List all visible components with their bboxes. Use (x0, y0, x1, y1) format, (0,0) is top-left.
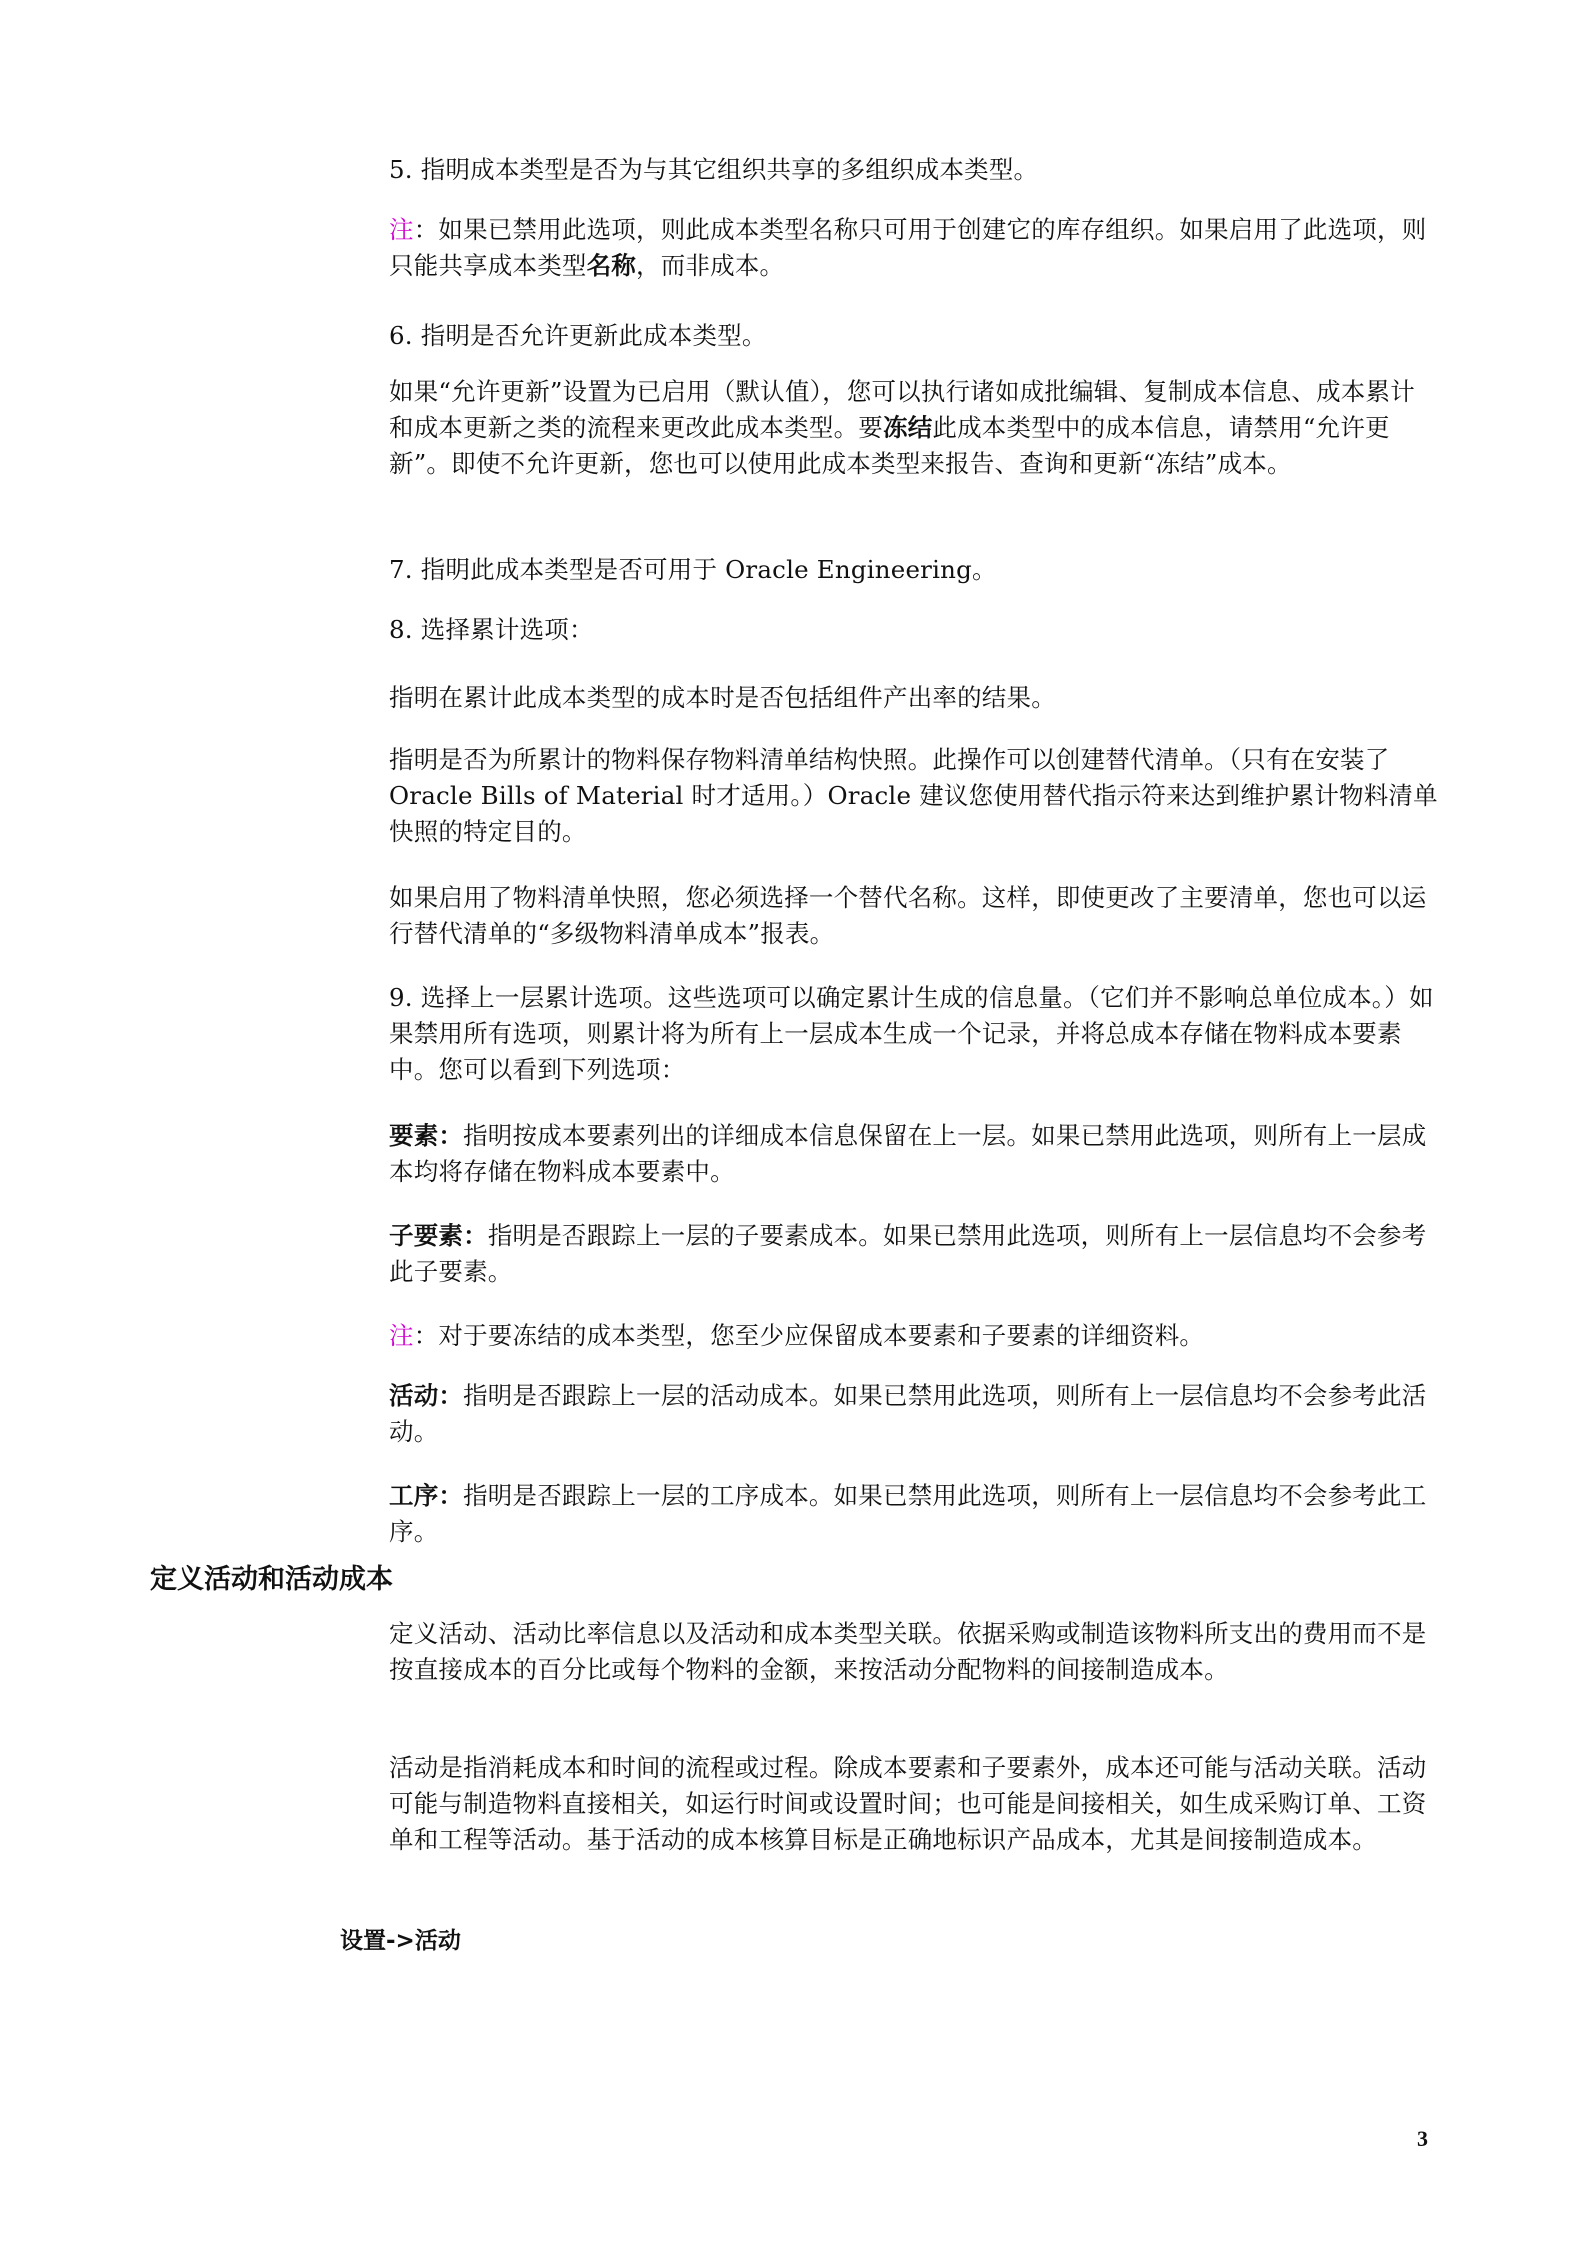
option-element-label: 要素 (389, 1121, 438, 1150)
allow-update-paragraph: 如果“允许更新”设置为已启用（默认值），您可以执行诸如成批编辑、复制成本信息、成… (389, 374, 1439, 482)
note-text-after: ，而非成本。 (636, 251, 784, 280)
note-text: 如果已禁用此选项，则此成本类型名称只可用于创建它的库存组织。如果启用了此选项，则… (389, 215, 1426, 280)
snapshot-text: 指明是否为所累计的物料保存物料清单结构快照。此操作可以创建替代清单。（只有在安装… (389, 742, 1439, 850)
step-6-text: 6. 指明是否允许更新此成本类型。 (389, 318, 1439, 354)
step-9-text: 9. 选择上一层累计选项。这些选项可以确定累计生成的信息量。（它们并不影响总单位… (389, 980, 1439, 1088)
step-6: 6. 指明是否允许更新此成本类型。 (389, 318, 1439, 354)
option-subelement: 子要素：指明是否跟踪上一层的子要素成本。如果已禁用此选项，则所有上一层信息均不会… (389, 1218, 1439, 1290)
option-element-text: 指明按成本要素列出的详细成本信息保留在上一层。如果已禁用此选项，则所有上一层成本… (389, 1121, 1426, 1186)
option-subelement-text: 指明是否跟踪上一层的子要素成本。如果已禁用此选项，则所有上一层信息均不会参考此子… (389, 1221, 1426, 1286)
yield-text: 指明在累计此成本类型的成本时是否包括组件产出率的结果。 (389, 680, 1439, 716)
alternate-text: 如果启用了物料清单快照，您必须选择一个替代名称。这样，即使更改了主要清单，您也可… (389, 880, 1439, 952)
note-label: 注 (389, 215, 414, 244)
option-operation-text: 指明是否跟踪上一层的工序成本。如果已禁用此选项，则所有上一层信息均不会参考此工序… (389, 1481, 1426, 1546)
snapshot-paragraph: 指明是否为所累计的物料保存物料清单结构快照。此操作可以创建替代清单。（只有在安装… (389, 742, 1439, 850)
step-5-text: 5. 指明成本类型是否为与其它组织共享的多组织成本类型。 (389, 152, 1439, 188)
note-freeze-text: 对于要冻结的成本类型，您至少应保留成本要素和子要素的详细资料。 (438, 1321, 1204, 1350)
define-activities-text: 定义活动、活动比率信息以及活动和成本类型关联。依据采购或制造该物料所支出的费用而… (389, 1616, 1439, 1688)
activity-definition-paragraph: 活动是指消耗成本和时间的流程或过程。除成本要素和子要素外，成本还可能与活动关联。… (389, 1750, 1439, 1858)
activity-definition-text: 活动是指消耗成本和时间的流程或过程。除成本要素和子要素外，成本还可能与活动关联。… (389, 1750, 1439, 1858)
yield-paragraph: 指明在累计此成本类型的成本时是否包括组件产出率的结果。 (389, 680, 1439, 716)
note-sep: ： (414, 215, 439, 244)
step-7-text: 7. 指明此成本类型是否可用于 Oracle Engineering。 (389, 552, 1439, 588)
page-number: 3 (1417, 2126, 1428, 2152)
option-activity: 活动：指明是否跟踪上一层的活动成本。如果已禁用此选项，则所有上一层信息均不会参考… (389, 1378, 1439, 1450)
note-bold-term: 名称 (587, 251, 636, 280)
option-activity-text: 指明是否跟踪上一层的活动成本。如果已禁用此选项，则所有上一层信息均不会参考此活动… (389, 1381, 1426, 1446)
note-freeze: 注：对于要冻结的成本类型，您至少应保留成本要素和子要素的详细资料。 (389, 1318, 1439, 1354)
step-7: 7. 指明此成本类型是否可用于 Oracle Engineering。 (389, 552, 1439, 588)
option-operation: 工序：指明是否跟踪上一层的工序成本。如果已禁用此选项，则所有上一层信息均不会参考… (389, 1478, 1439, 1550)
step-8-text: 8. 选择累计选项： (389, 612, 1439, 648)
navigation-path: 设置->活动 (340, 1925, 461, 1957)
note-multi-org: 注：如果已禁用此选项，则此成本类型名称只可用于创建它的库存组织。如果启用了此选项… (389, 212, 1439, 284)
document-page: 5. 指明成本类型是否为与其它组织共享的多组织成本类型。 注：如果已禁用此选项，… (0, 0, 1587, 2245)
option-operation-label: 工序 (389, 1481, 438, 1510)
note-label: 注 (389, 1321, 414, 1350)
option-activity-label: 活动 (389, 1381, 438, 1410)
option-subelement-label: 子要素 (389, 1221, 463, 1250)
freeze-term: 冻结 (883, 413, 932, 442)
define-activities-paragraph: 定义活动、活动比率信息以及活动和成本类型关联。依据采购或制造该物料所支出的费用而… (389, 1616, 1439, 1688)
step-5: 5. 指明成本类型是否为与其它组织共享的多组织成本类型。 (389, 152, 1439, 188)
alternate-paragraph: 如果启用了物料清单快照，您必须选择一个替代名称。这样，即使更改了主要清单，您也可… (389, 880, 1439, 952)
step-9: 9. 选择上一层累计选项。这些选项可以确定累计生成的信息量。（它们并不影响总单位… (389, 980, 1439, 1088)
option-element: 要素：指明按成本要素列出的详细成本信息保留在上一层。如果已禁用此选项，则所有上一… (389, 1118, 1439, 1190)
step-8: 8. 选择累计选项： (389, 612, 1439, 648)
section-heading: 定义活动和活动成本 (150, 1562, 393, 1598)
